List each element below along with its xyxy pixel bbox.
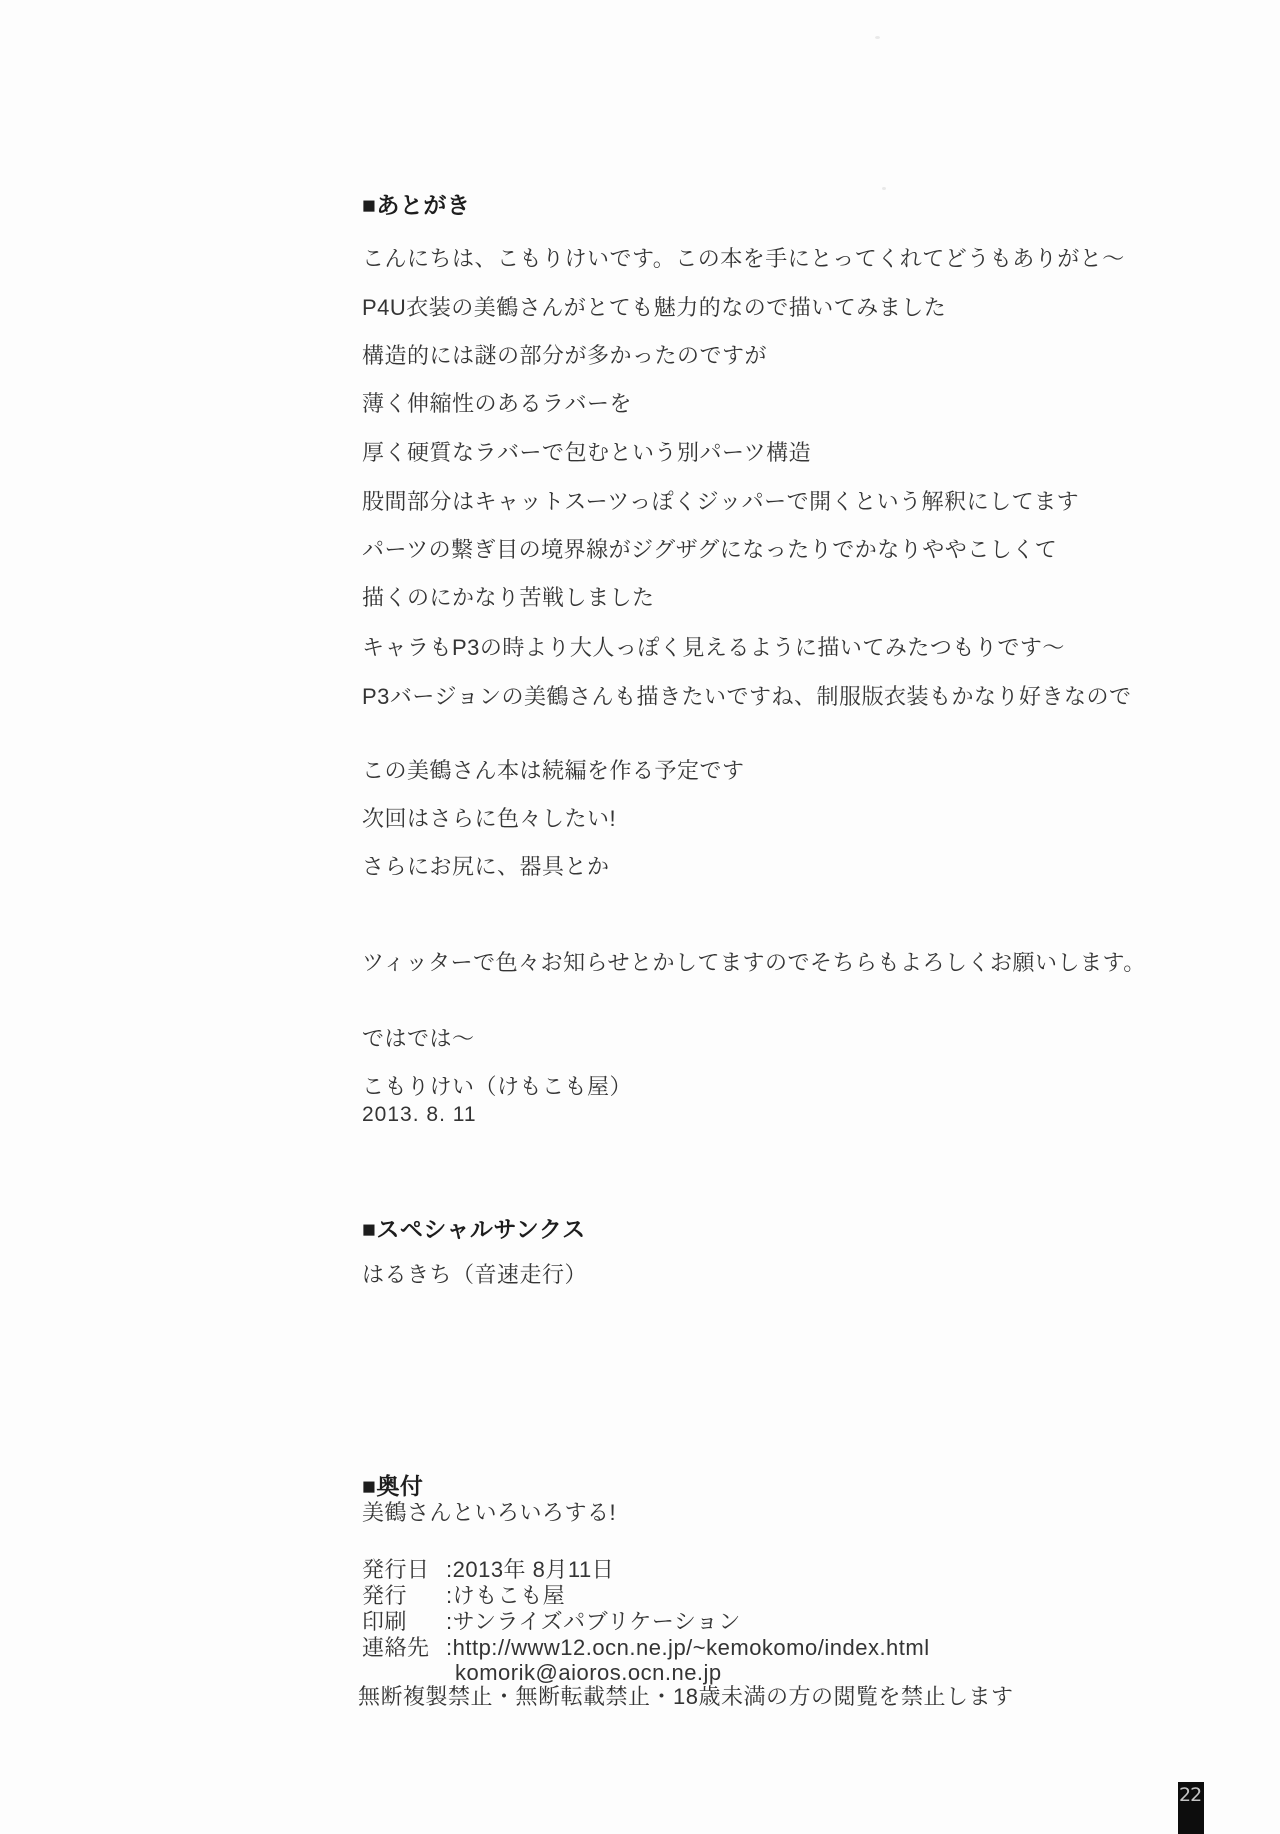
afterword-plans-line: 次回はさらに色々したい! (362, 806, 616, 832)
contact-email: komorik@aioros.ocn.ne.jp (455, 1660, 722, 1686)
colophon-row: 印刷 :サンライズパブリケーション (362, 1609, 741, 1635)
colophon-value: :2013年 8月11日 (446, 1557, 614, 1583)
afterword-line: パーツの繋ぎ目の境界線がジグザグになったりでかなりややこしくて (362, 537, 1057, 563)
colophon-row: 連絡先 :http://www12.ocn.ne.jp/~kemokomo/in… (362, 1635, 930, 1661)
colophon-label: 発行 (362, 1583, 446, 1609)
scan-speck (882, 187, 886, 190)
afterword-line: P3バージョンの美鶴さんも描きたいですね、制服版衣装もかなり好きなので (362, 684, 1132, 710)
page-number: 22 (1179, 1784, 1201, 1806)
afterword-line: 構造的には謎の部分が多かったのですが (362, 343, 767, 369)
copyright-notice: 無断複製禁止・無断転載禁止・18歳未満の方の閲覧を禁止します (358, 1684, 1013, 1710)
afterword-plans-line: さらにお尻に、器具とか (362, 854, 610, 880)
twitter-note: ツィッターで色々お知らせとかしてますのでそちらもよろしくお願いします。 (362, 950, 1146, 976)
colophon-heading: ■奥付 (362, 1474, 423, 1498)
book-title: 美鶴さんといろいろする! (362, 1500, 616, 1526)
colophon-row: 発行日 :2013年 8月11日 (362, 1557, 614, 1583)
afterword-line: キャラもP3の時より大人っぽく見えるように描いてみたつもりです～ (362, 635, 1065, 661)
colophon-value: :サンライズパブリケーション (446, 1609, 741, 1635)
special-thanks-heading: ■スペシャルサンクス (362, 1216, 586, 1242)
scanned-afterword-page: ■あとがき こんにちは、こもりけいです。この本を手にとってくれてどうもありがと～… (0, 0, 1280, 1834)
colophon-value: :http://www12.ocn.ne.jp/~kemokomo/index.… (446, 1635, 930, 1661)
afterword-line: 股間部分はキャットスーツっぽくジッパーで開くという解釈にしてます (362, 489, 1079, 515)
closing-line: ではでは～ (362, 1026, 475, 1052)
afterword-line: こんにちは、こもりけいです。この本を手にとってくれてどうもありがと～ (362, 246, 1125, 272)
special-thanks-name: はるきち（音速走行） (362, 1262, 587, 1288)
afterword-line: 厚く硬質なラバーで包むという別パーツ構造 (362, 440, 811, 466)
colophon-value: :けもこも屋 (446, 1583, 565, 1609)
afterword-date: 2013. 8. 11 (362, 1102, 477, 1128)
colophon-row: 発行 :けもこも屋 (362, 1583, 565, 1609)
page-number-tab: 22 (1178, 1782, 1204, 1834)
colophon-label: 印刷 (362, 1609, 446, 1635)
afterword-line: 薄く伸縮性のあるラバーを (362, 391, 632, 417)
afterword-plans-line: この美鶴さん本は続編を作る予定です (362, 758, 745, 784)
scan-speck (875, 36, 880, 39)
afterword-line: 描くのにかなり苦戦しました (362, 585, 655, 611)
colophon-label: 発行日 (362, 1557, 446, 1583)
colophon-label: 連絡先 (362, 1635, 446, 1661)
afterword-line: P4U衣装の美鶴さんがとても魅力的なので描いてみました (362, 295, 946, 321)
author-signature: こもりけい（けもこも屋） (362, 1074, 632, 1100)
afterword-heading: ■あとがき (362, 192, 470, 218)
